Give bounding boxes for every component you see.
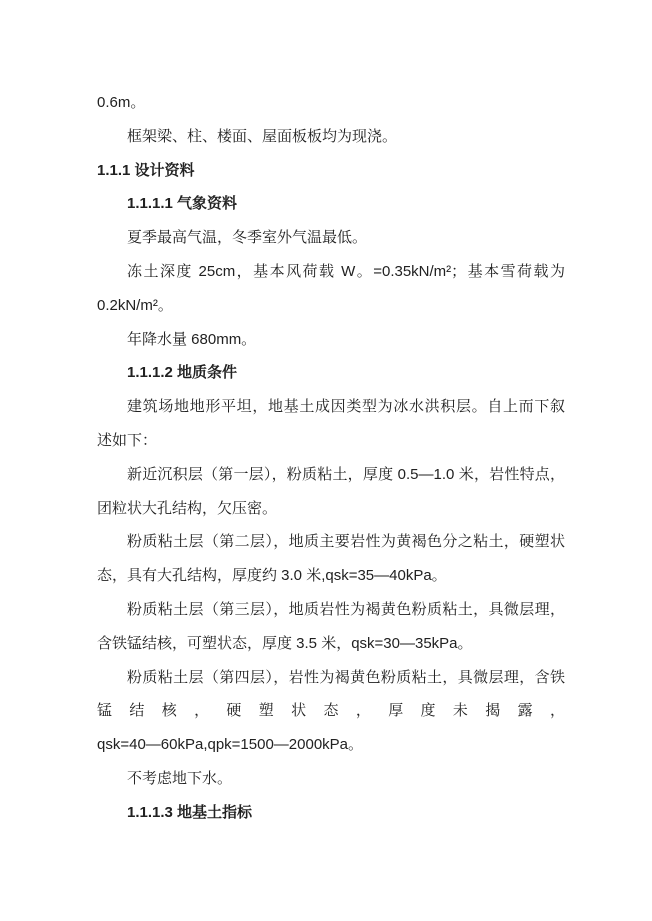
subsection-heading: 1.1.1.2 地质条件 <box>97 356 565 390</box>
text-line: 粉质粘土层（第四层），岩性为褐黄色粉质粘土，具微层理，含铁 <box>97 661 565 695</box>
para-layer-1: 新近沉积层（第一层），粉质粘土，厚度 0.5—1.0 米，岩性特点， 团粒状大孔… <box>97 458 565 526</box>
para-frost-wind-snow: 冻土深度 25cm，基本风荷载 W。=0.35kN/m²；基本雪荷载为 0.2k… <box>97 255 565 323</box>
document-page: 0.6m。 框架梁、柱、楼面、屋面板板均为现浇。 1.1.1 设计资料 1.1.… <box>0 0 652 921</box>
para-site-geology: 建筑场地地形平坦，地基土成因类型为冰水洪积层。自上而下叙 述如下： <box>97 390 565 458</box>
section-heading: 1.1.1 设计资料 <box>97 154 565 188</box>
text-line: 态，具有大孔结构，厚度约 3.0 米,qsk=35—40kPa。 <box>97 559 565 593</box>
text-line: 粉质粘土层（第二层），地质主要岩性为黄褐色分之粘土，硬塑状 <box>97 525 565 559</box>
text-line: 框架梁、柱、楼面、屋面板板均为现浇。 <box>97 120 565 154</box>
heading-1-1-1: 1.1.1 设计资料 <box>97 154 565 188</box>
text-line: 夏季最高气温，冬季室外气温最低。 <box>97 221 565 255</box>
text-line: 新近沉积层（第一层），粉质粘土，厚度 0.5—1.0 米，岩性特点， <box>97 458 565 492</box>
text-line: 冻土深度 25cm，基本风荷载 W。=0.35kN/m²；基本雪荷载为 <box>97 255 565 289</box>
subsection-heading: 1.1.1.1 气象资料 <box>97 187 565 221</box>
text-line: 含铁锰结核，可塑状态，厚度 3.5 米，qsk=30—35kPa。 <box>97 627 565 661</box>
text-line: 锰结核，硬塑状态，厚度未揭露， <box>97 694 565 728</box>
para-weather: 夏季最高气温，冬季室外气温最低。 <box>97 221 565 255</box>
para-layer-2: 粉质粘土层（第二层），地质主要岩性为黄褐色分之粘土，硬塑状 态，具有大孔结构，厚… <box>97 525 565 593</box>
text-line: 粉质粘土层（第三层），地质岩性为褐黄色粉质粘土，具微层理， <box>97 593 565 627</box>
para-cast-in-place: 框架梁、柱、楼面、屋面板板均为现浇。 <box>97 120 565 154</box>
text-line: 0.6m。 <box>97 86 565 120</box>
text-line: 建筑场地地形平坦，地基土成因类型为冰水洪积层。自上而下叙 <box>97 390 565 424</box>
text-line: 0.2kN/m²。 <box>97 289 565 323</box>
text-line: qsk=40—60kPa,qpk=1500—2000kPa。 <box>97 728 565 762</box>
subsection-heading: 1.1.1.3 地基土指标 <box>97 796 565 830</box>
text-line: 年降水量 680mm。 <box>97 323 565 357</box>
heading-1-1-1-3: 1.1.1.3 地基土指标 <box>97 796 565 830</box>
para-0-6m: 0.6m。 <box>97 86 565 120</box>
para-layer-4: 粉质粘土层（第四层），岩性为褐黄色粉质粘土，具微层理，含铁 锰结核，硬塑状态，厚… <box>97 661 565 762</box>
para-groundwater: 不考虑地下水。 <box>97 762 565 796</box>
text-line: 不考虑地下水。 <box>97 762 565 796</box>
heading-1-1-1-2: 1.1.1.2 地质条件 <box>97 356 565 390</box>
heading-1-1-1-1: 1.1.1.1 气象资料 <box>97 187 565 221</box>
para-rainfall: 年降水量 680mm。 <box>97 323 565 357</box>
text-line: 述如下： <box>97 424 565 458</box>
text-line: 团粒状大孔结构，欠压密。 <box>97 492 565 526</box>
para-layer-3: 粉质粘土层（第三层），地质岩性为褐黄色粉质粘土，具微层理， 含铁锰结核，可塑状态… <box>97 593 565 661</box>
